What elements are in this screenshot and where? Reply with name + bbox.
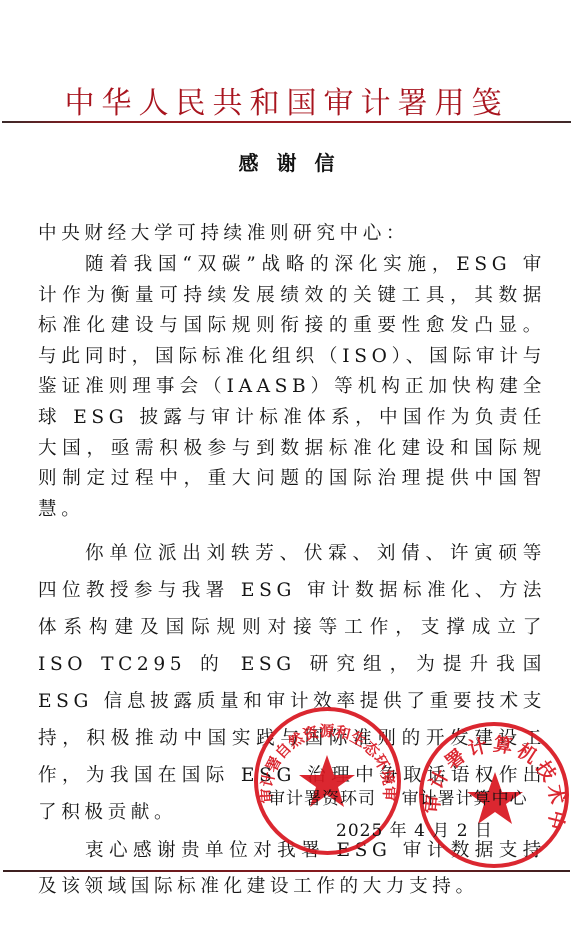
footer-divider [3,870,570,872]
letterhead-divider [2,121,571,123]
salutation: 中央财经大学可持续准则研究中心： [38,219,546,249]
document-title: 感谢信 [0,147,573,176]
letterhead-title: 中华人民共和国审计署用笺 [0,86,573,122]
letter-date: 2025 年 4 月 2 日 [336,816,493,841]
paragraph-1: 随着我国“双碳”战略的深化实施，ESG 审计作为衡量可持续发展绩效的关键工具，其… [38,250,546,525]
signatory-line: 审计署资环司 审计署计算中心 [268,784,528,809]
